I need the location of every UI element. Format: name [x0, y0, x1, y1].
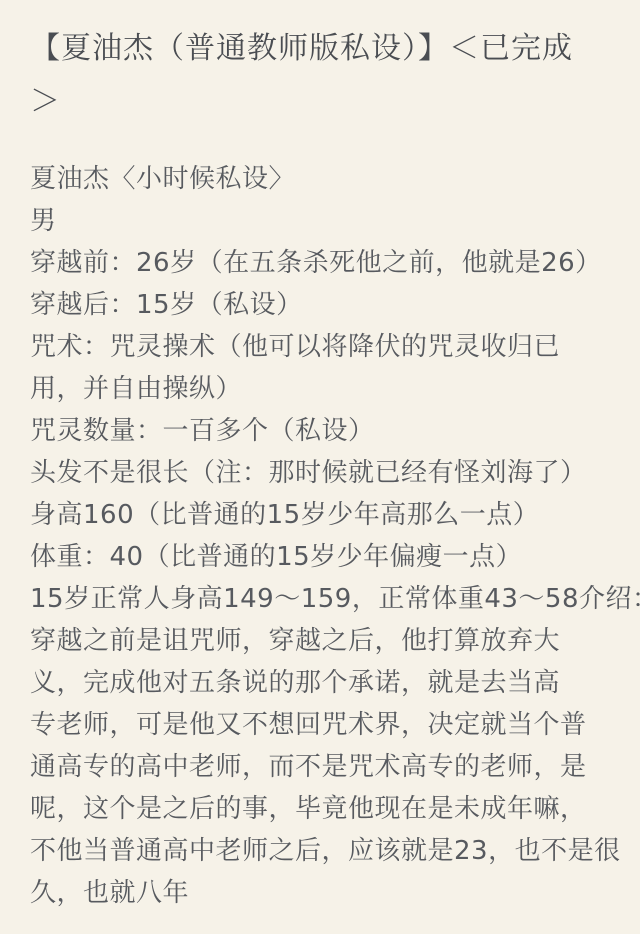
- note-page: 【夏油杰（普通教师版私设）】＜已完成 ＞ 夏油杰〈小时候私设〉 男 穿越前：26…: [0, 0, 640, 934]
- text-line: 不他当普通高中老师之后，应该就是23，也不是很: [30, 830, 612, 872]
- text-line: 咒灵数量：一百多个（私设）: [30, 410, 612, 452]
- text-line: 义，完成他对五条说的那个承诺，就是去当高: [30, 662, 612, 704]
- text-line: 呢，这个是之后的事，毕竟他现在是未成年嘛，: [30, 788, 612, 830]
- text-line: 通高专的高中老师，而不是咒术高专的老师，是: [30, 746, 612, 788]
- text-line: 用，并自由操纵）: [30, 368, 612, 410]
- page-title: 【夏油杰（普通教师版私设）】＜已完成 ＞: [30, 22, 612, 128]
- title-line: ＞: [30, 75, 612, 128]
- text-line: 久，也就八年: [30, 872, 612, 914]
- text-line: 穿越前：26岁（在五条杀死他之前，他就是26）: [30, 242, 612, 284]
- text-line: 15岁正常人身高149～159，正常体重43～58介绍：: [30, 578, 612, 620]
- text-line: 身高160（比普通的15岁少年高那么一点）: [30, 494, 612, 536]
- text-line: 男: [30, 200, 612, 242]
- text-line: 专老师，可是他又不想回咒术界，决定就当个普: [30, 704, 612, 746]
- text-line: 穿越后：15岁（私设）: [30, 284, 612, 326]
- text-line: 夏油杰〈小时候私设〉: [30, 158, 612, 200]
- text-line: 体重：40（比普通的15岁少年偏瘦一点）: [30, 536, 612, 578]
- note-body: 夏油杰〈小时候私设〉 男 穿越前：26岁（在五条杀死他之前，他就是26） 穿越后…: [30, 158, 612, 914]
- text-line: 咒术：咒灵操术（他可以将降伏的咒灵收归已: [30, 326, 612, 368]
- text-line: 头发不是很长（注：那时候就已经有怪刘海了）: [30, 452, 612, 494]
- title-line: 【夏油杰（普通教师版私设）】＜已完成: [30, 22, 612, 75]
- text-line: 穿越之前是诅咒师，穿越之后，他打算放弃大: [30, 620, 612, 662]
